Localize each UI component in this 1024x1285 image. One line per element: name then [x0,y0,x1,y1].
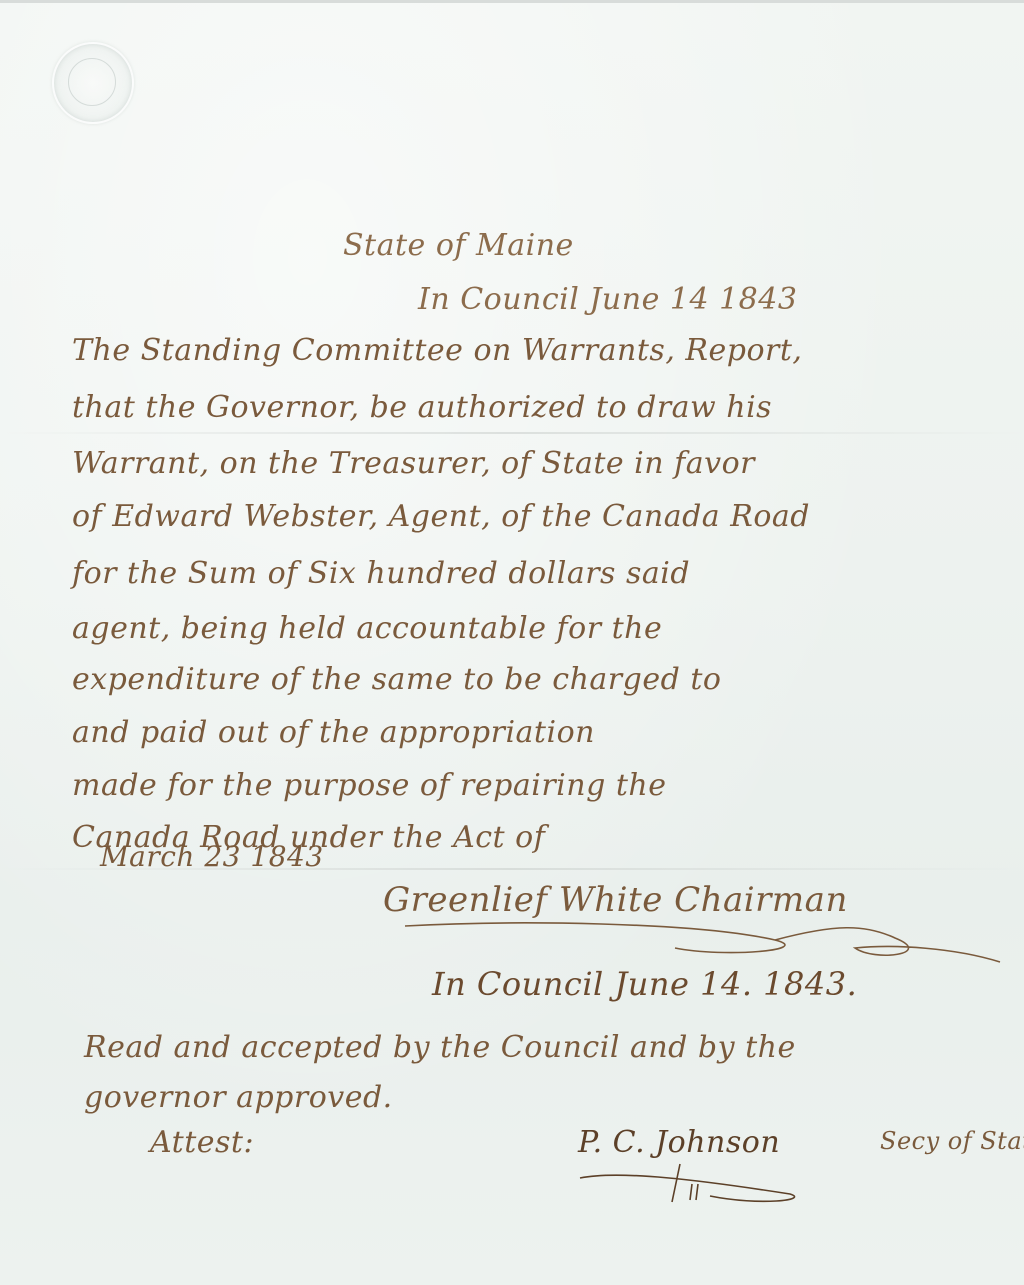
body-line: The Standing Committee on Warrants, Repo… [72,333,802,368]
body-line: that the Governor, be authorized to draw… [72,390,772,425]
page-top-edge [0,0,1024,3]
body-line: agent, being held accountable for the [72,611,662,646]
endorsement-line: governor approved. [84,1080,393,1115]
body-line: of Edward Webster, Agent, of the Canada … [72,499,810,534]
signature-flourish-icon [395,918,1005,968]
body-line-date: March 23 1843 [100,840,324,873]
body-line: for the Sum of Six hundred dollars said [72,556,690,591]
attest-label: Attest: [150,1125,254,1160]
embossed-seal-icon [52,42,134,124]
secretary-title: Secy of State [880,1127,1024,1155]
committee-signature: Greenlief White Chairman [383,880,848,920]
document-page: State of Maine In Council June 14 1843 T… [0,0,1024,1285]
council-endorsement-date: In Council June 14. 1843. [432,965,857,1003]
heading-council-date: In Council June 14 1843 [418,282,797,317]
body-line: expenditure of the same to be charged to [72,662,721,697]
secretary-signature: P. C. Johnson [578,1125,780,1160]
body-line: and paid out of the appropriation [72,715,595,750]
fold-line [0,432,1024,434]
seal-inner-ring [68,58,116,106]
body-line: Warrant, on the Treasurer, of State in f… [72,446,755,481]
body-line: made for the purpose of repairing the [72,768,666,803]
secretary-flourish-icon [560,1160,820,1210]
endorsement-line: Read and accepted by the Council and by … [84,1030,796,1065]
heading-state: State of Maine [343,228,574,263]
